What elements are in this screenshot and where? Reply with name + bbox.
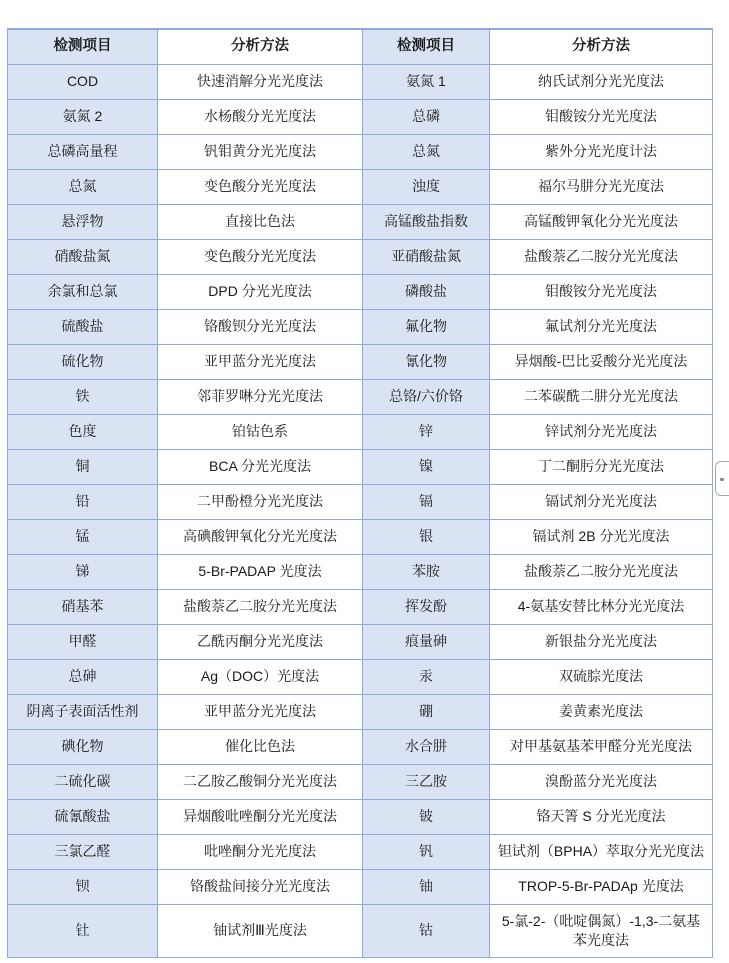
method-cell: 纳氏试剂分光光度法 [490,64,713,99]
item-cell: 氨氮 1 [363,64,490,99]
item-cell: 镍 [363,449,490,484]
method-cell: 姜黄素光度法 [490,694,713,729]
item-cell: 高锰酸盐指数 [363,204,490,239]
table-row: 锑5-Br-PADAP 光度法苯胺盐酸萘乙二胺分光光度法 [8,554,713,589]
method-cell: 高碘酸钾氧化分光光度法 [158,519,363,554]
table-row: 硫酸盐铬酸钡分光光度法氟化物氟试剂分光光度法 [8,309,713,344]
item-cell: 挥发酚 [363,589,490,624]
method-cell: 紫外分光光度计法 [490,134,713,169]
method-cell: 钼酸铵分光光度法 [490,274,713,309]
item-cell: 钡 [8,869,158,904]
item-cell: 三氯乙醛 [8,834,158,869]
method-cell: 亚甲蓝分光光度法 [158,344,363,379]
item-cell: 苯胺 [363,554,490,589]
item-cell: 钴 [363,904,490,957]
item-cell: 硫酸盐 [8,309,158,344]
item-cell: 悬浮物 [8,204,158,239]
item-cell: 磷酸盐 [363,274,490,309]
method-cell: 锌试剂分光光度法 [490,414,713,449]
table-row: 钍铀试剂Ⅲ光度法钴5-氯-2-（吡啶偶氮）-1,3-二氨基苯光度法 [8,904,713,957]
method-cell: DPD 分光光度法 [158,274,363,309]
analysis-methods-table: 检测项目 分析方法 检测项目 分析方法 COD快速消解分光光度法氨氮 1纳氏试剂… [7,28,713,958]
table-row: 色度铂钴色系锌锌试剂分光光度法 [8,414,713,449]
item-cell: 镉 [363,484,490,519]
item-cell: 总磷高量程 [8,134,158,169]
method-cell: 变色酸分光光度法 [158,239,363,274]
side-panel-handle[interactable] [715,461,729,496]
item-cell: 钍 [8,904,158,957]
table-row: 锰高碘酸钾氧化分光光度法银镉试剂 2B 分光光度法 [8,519,713,554]
item-cell: 硫氰酸盐 [8,799,158,834]
method-cell: 铬酸盐间接分光光度法 [158,869,363,904]
method-cell: 变色酸分光光度法 [158,169,363,204]
method-cell: 乙酰丙酮分光光度法 [158,624,363,659]
method-cell: 盐酸萘乙二胺分光光度法 [158,589,363,624]
method-cell: 二甲酚橙分光光度法 [158,484,363,519]
table-row: 硫化物亚甲蓝分光光度法氰化物异烟酸-巴比妥酸分光光度法 [8,344,713,379]
method-cell: 钒钼黄分光光度法 [158,134,363,169]
method-cell: 吡唑酮分光光度法 [158,834,363,869]
column-header-item-left: 检测项目 [8,29,158,64]
method-cell: 邻菲罗啉分光光度法 [158,379,363,414]
table-row: 阴离子表面活性剂亚甲蓝分光光度法硼姜黄素光度法 [8,694,713,729]
item-cell: 碘化物 [8,729,158,764]
item-cell: 银 [363,519,490,554]
item-cell: 总磷 [363,99,490,134]
item-cell: 锑 [8,554,158,589]
item-cell: 钒 [363,834,490,869]
item-cell: 总铬/六价铬 [363,379,490,414]
method-cell: 盐酸萘乙二胺分光光度法 [490,554,713,589]
item-cell: 色度 [8,414,158,449]
item-cell: 铍 [363,799,490,834]
table-row: 总氮变色酸分光光度法浊度福尔马肼分光光度法 [8,169,713,204]
item-cell: 亚硝酸盐氮 [363,239,490,274]
table-row: 余氯和总氯DPD 分光光度法磷酸盐钼酸铵分光光度法 [8,274,713,309]
method-cell: 异烟酸吡唑酮分光光度法 [158,799,363,834]
table-row: 总磷高量程钒钼黄分光光度法总氮紫外分光光度计法 [8,134,713,169]
item-cell: 硝酸盐氮 [8,239,158,274]
column-header-method-right: 分析方法 [490,29,713,64]
item-cell: 三乙胺 [363,764,490,799]
item-cell: COD [8,64,158,99]
table-row: 总砷Ag（DOC）光度法汞双硫腙光度法 [8,659,713,694]
item-cell: 余氯和总氯 [8,274,158,309]
method-cell: 镉试剂 2B 分光光度法 [490,519,713,554]
table-row: 铅二甲酚橙分光光度法镉镉试剂分光光度法 [8,484,713,519]
method-cell: 5-Br-PADAP 光度法 [158,554,363,589]
method-cell: 溴酚蓝分光光度法 [490,764,713,799]
method-cell: 催化比色法 [158,729,363,764]
column-header-item-right: 检测项目 [363,29,490,64]
table-row: 钡铬酸盐间接分光光度法铀TROP-5-Br-PADAp 光度法 [8,869,713,904]
method-cell: 5-氯-2-（吡啶偶氮）-1,3-二氨基苯光度法 [490,904,713,957]
table-row: 铜BCA 分光光度法镍丁二酮肟分光光度法 [8,449,713,484]
method-cell: 钽试剂（BPHA）萃取分光光度法 [490,834,713,869]
column-header-method-left: 分析方法 [158,29,363,64]
method-cell: 丁二酮肟分光光度法 [490,449,713,484]
item-cell: 锰 [8,519,158,554]
item-cell: 汞 [363,659,490,694]
item-cell: 铜 [8,449,158,484]
method-cell: 盐酸萘乙二胺分光光度法 [490,239,713,274]
table-body: COD快速消解分光光度法氨氮 1纳氏试剂分光光度法氨氮 2水杨酸分光光度法总磷钼… [8,64,713,957]
item-cell: 铅 [8,484,158,519]
method-cell: Ag（DOC）光度法 [158,659,363,694]
method-cell: 双硫腙光度法 [490,659,713,694]
method-cell: BCA 分光光度法 [158,449,363,484]
item-cell: 氟化物 [363,309,490,344]
method-cell: 水杨酸分光光度法 [158,99,363,134]
method-cell: 钼酸铵分光光度法 [490,99,713,134]
table-row: COD快速消解分光光度法氨氮 1纳氏试剂分光光度法 [8,64,713,99]
item-cell: 水合肼 [363,729,490,764]
item-cell: 总氮 [363,134,490,169]
item-cell: 铀 [363,869,490,904]
method-cell: 对甲基氨基苯甲醛分光光度法 [490,729,713,764]
method-cell: TROP-5-Br-PADAp 光度法 [490,869,713,904]
method-cell: 直接比色法 [158,204,363,239]
method-cell: 快速消解分光光度法 [158,64,363,99]
item-cell: 硝基苯 [8,589,158,624]
item-cell: 氨氮 2 [8,99,158,134]
table-row: 三氯乙醛吡唑酮分光光度法钒钽试剂（BPHA）萃取分光光度法 [8,834,713,869]
table-row: 甲醛乙酰丙酮分光光度法痕量砷新银盐分光光度法 [8,624,713,659]
method-cell: 铂钴色系 [158,414,363,449]
table-row: 碘化物催化比色法水合肼对甲基氨基苯甲醛分光光度法 [8,729,713,764]
item-cell: 锌 [363,414,490,449]
table-row: 氨氮 2水杨酸分光光度法总磷钼酸铵分光光度法 [8,99,713,134]
item-cell: 硫化物 [8,344,158,379]
table-row: 硝基苯盐酸萘乙二胺分光光度法挥发酚4-氨基安替比林分光光度法 [8,589,713,624]
item-cell: 氰化物 [363,344,490,379]
table-row: 硝酸盐氮变色酸分光光度法亚硝酸盐氮盐酸萘乙二胺分光光度法 [8,239,713,274]
handle-dash-icon [720,478,724,481]
item-cell: 硼 [363,694,490,729]
method-cell: 二苯碳酰二肼分光光度法 [490,379,713,414]
method-cell: 新银盐分光光度法 [490,624,713,659]
table-row: 悬浮物直接比色法高锰酸盐指数高锰酸钾氧化分光光度法 [8,204,713,239]
item-cell: 总砷 [8,659,158,694]
item-cell: 二硫化碳 [8,764,158,799]
item-cell: 铁 [8,379,158,414]
method-cell: 镉试剂分光光度法 [490,484,713,519]
method-cell: 二乙胺乙酸铜分光光度法 [158,764,363,799]
method-cell: 铀试剂Ⅲ光度法 [158,904,363,957]
item-cell: 浊度 [363,169,490,204]
item-cell: 甲醛 [8,624,158,659]
item-cell: 痕量砷 [363,624,490,659]
table-row: 铁邻菲罗啉分光光度法总铬/六价铬二苯碳酰二肼分光光度法 [8,379,713,414]
method-cell: 福尔马肼分光光度法 [490,169,713,204]
table-row: 二硫化碳二乙胺乙酸铜分光光度法三乙胺溴酚蓝分光光度法 [8,764,713,799]
method-cell: 高锰酸钾氧化分光光度法 [490,204,713,239]
method-cell: 铬酸钡分光光度法 [158,309,363,344]
analysis-methods-table-wrap: 检测项目 分析方法 检测项目 分析方法 COD快速消解分光光度法氨氮 1纳氏试剂… [7,28,713,958]
method-cell: 氟试剂分光光度法 [490,309,713,344]
table-row: 硫氰酸盐异烟酸吡唑酮分光光度法铍铬天箐 S 分光光度法 [8,799,713,834]
method-cell: 异烟酸-巴比妥酸分光光度法 [490,344,713,379]
method-cell: 亚甲蓝分光光度法 [158,694,363,729]
item-cell: 阴离子表面活性剂 [8,694,158,729]
header-row: 检测项目 分析方法 检测项目 分析方法 [8,29,713,64]
item-cell: 总氮 [8,169,158,204]
method-cell: 4-氨基安替比林分光光度法 [490,589,713,624]
method-cell: 铬天箐 S 分光光度法 [490,799,713,834]
